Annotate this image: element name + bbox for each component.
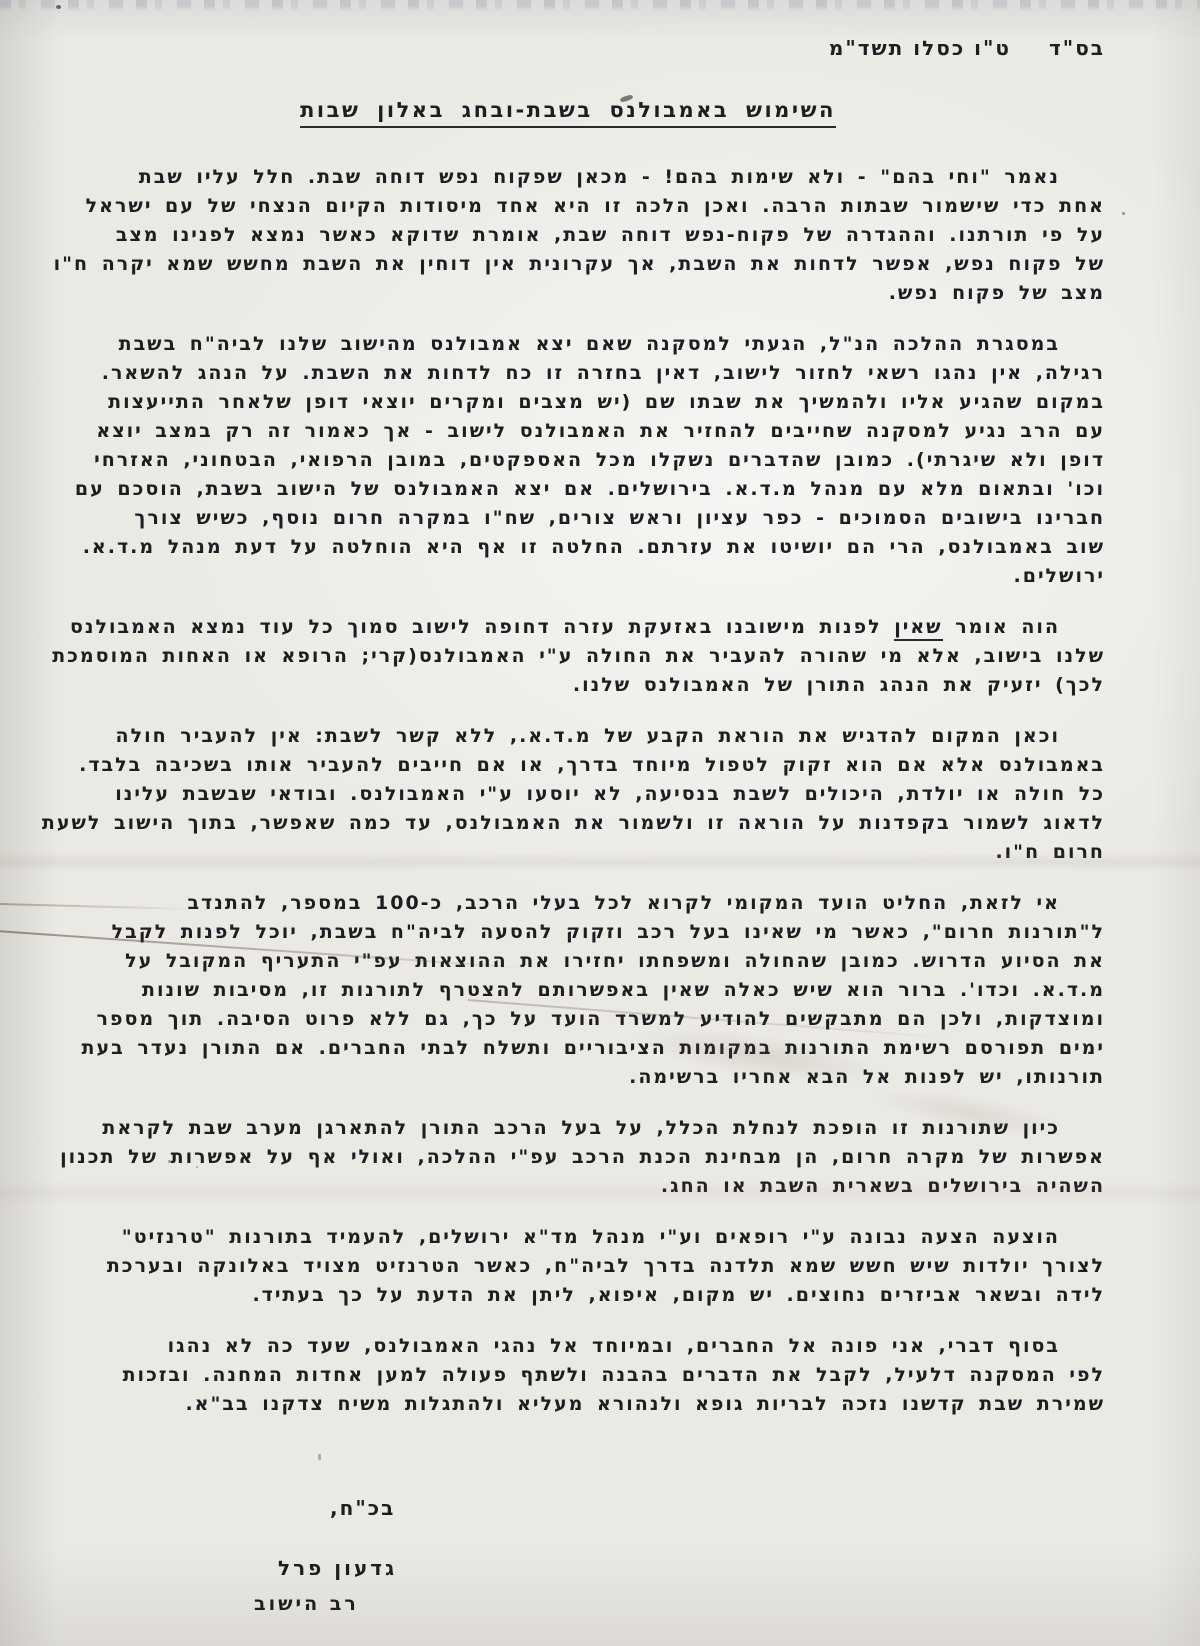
paragraph: במסגרת ההלכה הנ"ל, הגעתי למסקנה שאם יצא … (95, 330, 1105, 591)
signature-role: רב הישוב (254, 1593, 359, 1615)
text-line: נאמר "וחי בהם" - ולא שימות בהם! - מכאן ש… (95, 163, 1105, 192)
text-line: ירושלים. (95, 562, 1105, 591)
page-title: השימוש באמבולנס בשבת-ובחג באלון שבות (300, 98, 836, 128)
header-line: בס"דט"ו כסלו תשד"מ (829, 36, 1105, 60)
paragraph: נאמר "וחי בהם" - ולא שימות בהם! - מכאן ש… (95, 163, 1105, 308)
paragraph: הוצעה הצעה נבונה ע"י רופאים וע"י מנהל מד… (95, 1223, 1105, 1310)
document-body: נאמר "וחי בהם" - ולא שימות בהם! - מכאן ש… (95, 163, 1105, 1441)
text-line: וכאן המקום להדגיש את הוראת הקבע של מ.ד.א… (95, 722, 1105, 751)
ink-speck (318, 1454, 321, 1460)
paragraph: הוה אומר שאין לפנות מישובנו באזעקת עזרה … (95, 613, 1105, 700)
paragraph: כיון שתורנות זו הופכת לנחלת הכלל, על בעל… (95, 1114, 1105, 1201)
text-line: אי לזאת, החליט הועד המקומי לקרוא לכל בעל… (95, 889, 1105, 918)
signature-name: גדעון פרל (278, 1556, 397, 1580)
text-line: אפשרות של מקרה חרום, הן מבחינת הכנת הרכב… (95, 1143, 1105, 1172)
text-line: שלנו בישוב, אלא מי שהורה להעביר את החולה… (95, 642, 1105, 671)
ink-speck (1122, 212, 1125, 215)
scan-artifact-top-edge (0, 0, 1200, 11)
text-line: ימים תפורסם רשימת התורנות במקומות הציבור… (95, 1034, 1105, 1063)
text-line: עם הרב נגיע למסקנה שחייבים להחזיר את האמ… (95, 417, 1105, 446)
text-line: חברינו בישובים הסמוכים - כפר עציון וראש … (95, 504, 1105, 533)
text-line: אחת כדי שישמור שבתות הרבה. ואכן הלכה זו … (95, 192, 1105, 221)
text-line: וכו' ובתאום מלא עם מנהל מ.ד.א. בירושלים.… (95, 475, 1105, 504)
text-line: חרום ח"ו. (95, 838, 1105, 867)
text-line: מצב של פקוח נפש. (95, 279, 1105, 308)
text-line: ל"תורנות חרום", כאשר מי שאינו בעל רכב וז… (95, 918, 1105, 947)
text-line: במקום שהגיע אליו ולהמשיך את שבתו שם (יש … (95, 388, 1105, 417)
closing-salutation: בכ"ח, (330, 1496, 395, 1520)
text-line: דופן ולא שיגרתי). כמובן שהדברים נשקלו מכ… (95, 446, 1105, 475)
bsd-mark: בס"ד (1049, 36, 1105, 60)
text-line: שוב באמבולנס, הרי הם יושיטו את עזרתם. הח… (95, 533, 1105, 562)
title-row: השימוש באמבולנס בשבת-ובחג באלון שבות (0, 98, 1200, 128)
text-line: לדאוג לשמור בקפדנות על הוראה זו ולשמור א… (95, 809, 1105, 838)
text-line: לידה ובשאר אביזרים נחוצים. יש מקום, איפו… (95, 1281, 1105, 1310)
text-line: לצורך יולדות שיש חשש שמא תלדנה בדרך לביה… (95, 1252, 1105, 1281)
text-line: ומוצדקות, ולכן הם מתבקשים להודיע למשרד ה… (95, 1005, 1105, 1034)
text-line: של פקוח נפש, אפשר לדחות את השבת, אך עקרו… (95, 250, 1105, 279)
text-line: לפי המסקנה דלעיל, לקבל את הדברים בהבנה ו… (95, 1361, 1105, 1390)
text-line: תורנותו, יש לפנות אל הבא אחריו ברשימה. (95, 1063, 1105, 1092)
text-line: על פי תורתנו. וההגדרה של פקוח-נפש דוחה ש… (95, 221, 1105, 250)
paragraph: וכאן המקום להדגיש את הוראת הקבע של מ.ד.א… (95, 722, 1105, 867)
text-line: שמירת שבת קדשנו נזכה לבריות גופא ולנהורא… (95, 1390, 1105, 1419)
text-line: השהיה בירושלים בשארית השבת או החג. (95, 1172, 1105, 1201)
text-line: במסגרת ההלכה הנ"ל, הגעתי למסקנה שאם יצא … (95, 330, 1105, 359)
text-line: הוה אומר שאין לפנות מישובנו באזעקת עזרה … (95, 613, 1105, 642)
hebrew-date: ט"ו כסלו תשד"מ (829, 36, 1011, 60)
text-line: כיון שתורנות זו הופכת לנחלת הכלל, על בעל… (95, 1114, 1105, 1143)
text-line: הוצעה הצעה נבונה ע"י רופאים וע"י מנהל מד… (95, 1223, 1105, 1252)
paragraph: בסוף דברי, אני פונה אל החברים, ובמיוחד א… (95, 1332, 1105, 1419)
scanned-letter-page: בס"דט"ו כסלו תשד"מ השימוש באמבולנס בשבת-… (0, 0, 1200, 1646)
text-line: באמבולנס אלא אם הוא זקוק לטפול מיוחד בדר… (95, 751, 1105, 780)
paragraph: אי לזאת, החליט הועד המקומי לקרוא לכל בעל… (95, 889, 1105, 1092)
text-line: רגילה, אין נהגו רשאי לחזור לישוב, דאין ב… (95, 359, 1105, 388)
text-line: מ.ד.א. וכדו'. ברור הוא שיש כאלה שאין באפ… (95, 976, 1105, 1005)
text-line: לכך) יזעיק את הנהג התורן של האמבולנס שלנ… (95, 671, 1105, 700)
text-line: בסוף דברי, אני פונה אל החברים, ובמיוחד א… (95, 1332, 1105, 1361)
text-line: את הסיוע הדרוש. כמובן שהחולה ומשפחתו יחז… (95, 947, 1105, 976)
text-line: כל חולה או יולדת, היכולים לשבת בנסיעה, ל… (95, 780, 1105, 809)
